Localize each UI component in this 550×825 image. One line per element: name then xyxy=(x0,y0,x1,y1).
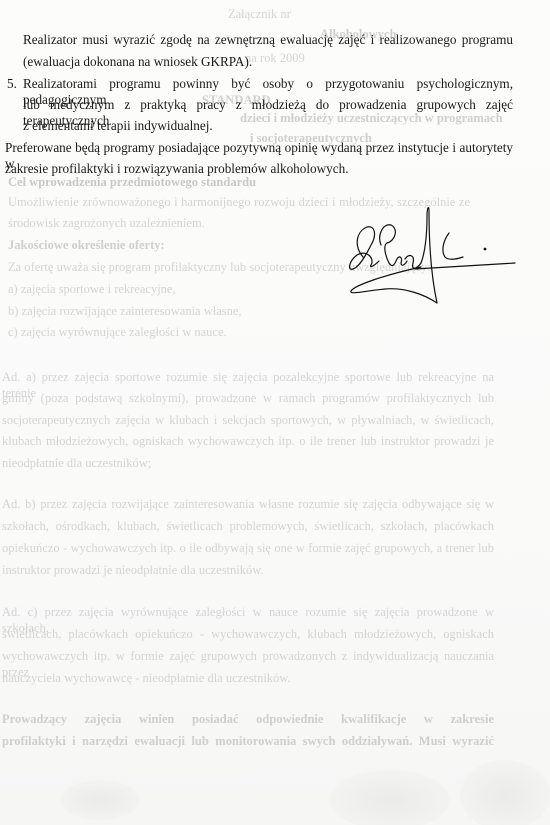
show-through-line: c) zajęcia wyrównujące zaległości w nauc… xyxy=(8,324,227,340)
show-through-line: gminy (poza podstawą szkolnymi), prowadz… xyxy=(2,390,494,406)
show-through-header: na rok 2009 xyxy=(245,50,305,66)
evaluation-text-line: (ewaluacja dokonana na wniosek GKRPA). xyxy=(23,54,252,70)
scan-smudge xyxy=(330,770,450,825)
evaluation-text-line: Realizator musi wyrazić zgodę na zewnętr… xyxy=(23,32,513,48)
preferred-programs-line: zakresie profilaktyki i rozwiązywania pr… xyxy=(5,161,349,177)
show-through-line: socjoterapeutycznych zajęcia w klubach i… xyxy=(2,412,494,428)
list-item-text-line: z elementami terapii indywidualnej. xyxy=(23,118,213,134)
show-through-line: Ad. b) przez zajęcia rozwijające zainter… xyxy=(2,496,494,512)
scanned-page: Załącznik nr Alkoholowych na rok 2009 ST… xyxy=(0,0,550,825)
show-through-quality-heading: Jakościowe określenie oferty: xyxy=(8,237,165,253)
show-through-line: a) zajęcia sportowe i rekreacyjne, xyxy=(8,281,176,297)
show-through-line: profilaktyki i narzędzi ewaluacji lub mo… xyxy=(2,733,494,749)
show-through-line: świetlicach, placówkach opiekuńczo - wyc… xyxy=(2,626,494,642)
show-through-line: szkołach, ośrodkach, klubach, świetlicac… xyxy=(2,518,494,534)
signature-icon xyxy=(345,205,520,310)
show-through-header: Załącznik nr xyxy=(228,6,291,22)
scan-smudge xyxy=(460,760,550,825)
show-through-line: nieodpłatnie dla uczestników; xyxy=(2,455,151,471)
show-through-line: klubach młodzieżowych, ogniskach wychowa… xyxy=(2,433,494,449)
list-item-number: 5. xyxy=(7,76,17,92)
show-through-line: instruktor prowadzi je nieodpłatnie dla … xyxy=(2,562,264,578)
scan-smudge xyxy=(60,780,140,820)
show-through-line: środowisk zagrożonych uzależnieniem. xyxy=(8,215,205,231)
show-through-line: opiekuńczo - wychowawczych itp. o ile od… xyxy=(2,540,494,556)
show-through-line: b) zajęcia rozwijające zainteresowania w… xyxy=(8,303,242,319)
show-through-line: Prowadzący zajęcia winien posiadać odpow… xyxy=(2,711,494,727)
show-through-line: nauczyciela wychowawcę - nieodpłatnie dl… xyxy=(2,670,291,686)
